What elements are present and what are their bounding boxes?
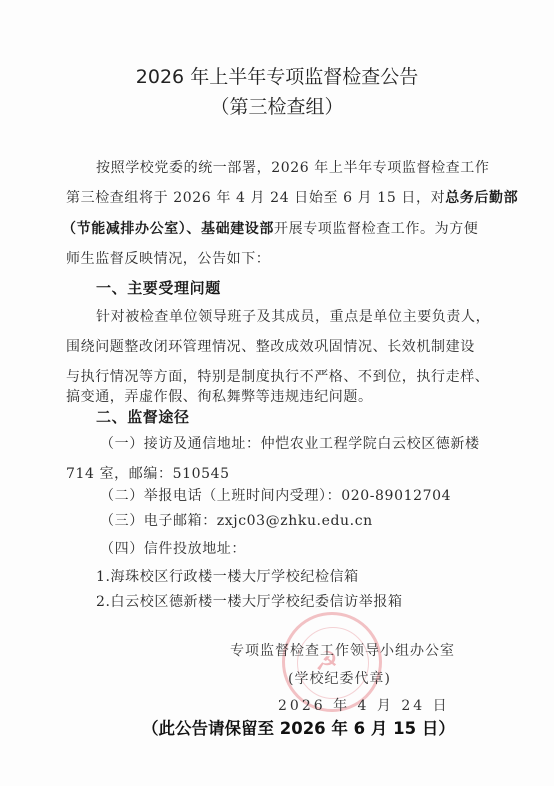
section-2-heading: 二、监督途径: [96, 406, 190, 427]
section-1-line-1: 针对被检查单位领导班子及其成员，重点是单位主要负责人，: [96, 306, 490, 326]
mailbox-2: 2.白云校区德新楼一楼大厅学校纪委信访举报箱: [96, 591, 403, 611]
document-subtitle: （第三检查组）: [0, 92, 554, 119]
section-1-line-3: 与执行情况等方面，特别是制度执行不严格、不到位，执行走样、: [66, 366, 489, 386]
contact-phone: （二）举报电话（上班时间内受理）：020-89012704: [100, 485, 451, 505]
section-1-line-2: 围绕问题整改闭环管理情况、整改成效巩固情况、长效机制建设: [66, 336, 475, 356]
contact-email: （三）电子邮箱：zxjc03@zhku.edu.cn: [100, 510, 373, 530]
document-title: 2026 年上半年专项监督检查公告: [0, 62, 554, 89]
signature-seal-note: (学校纪委代章): [288, 668, 391, 688]
retention-note: （此公告请保留至 2026 年 6 月 15 日）: [142, 715, 455, 739]
section-1-heading: 一、主要受理问题: [96, 277, 221, 298]
intro-line-1: 按照学校党委的统一部署，2026 年上半年专项监督检查工作: [96, 157, 489, 177]
unit-logistics: 总务后勤部: [445, 190, 518, 206]
signature-org: 专项监督检查工作领导小组办公室: [230, 640, 455, 660]
intro-line-4: 师生监督反映情况，公告如下：: [66, 248, 270, 268]
unit-energy-construction: （节能减排办公室）、基础建设部: [62, 221, 274, 237]
intro-line-2: 第三检查组将于 2026 年 4 月 24 日始至 6 月 15 日，对总务后勤…: [66, 187, 518, 207]
mail-address-heading: （四）信件投放地址：: [100, 538, 246, 558]
intro-line-2-text: 第三检查组将于 2026 年 4 月 24 日始至 6 月 15 日，对: [66, 190, 445, 206]
intro-line-3-text: 开展专项监督检查工作。为方便: [274, 221, 478, 237]
intro-line-3: （节能减排办公室）、基础建设部开展专项监督检查工作。为方便: [62, 218, 478, 238]
contact-address-line-2: 714 室，邮编：510545: [66, 463, 230, 483]
contact-address-line-1: （一）接访及通信地址：仲恺农业工程学院白云校区德新楼: [100, 433, 480, 453]
section-1-line-4: 搞变通，弄虚作假、徇私舞弊等违规违纪问题。: [66, 386, 373, 406]
mailbox-1: 1.海珠校区行政楼一楼大厅学校纪检信箱: [96, 566, 359, 586]
signature-date: 2026 年 4 月 24 日: [278, 695, 450, 715]
